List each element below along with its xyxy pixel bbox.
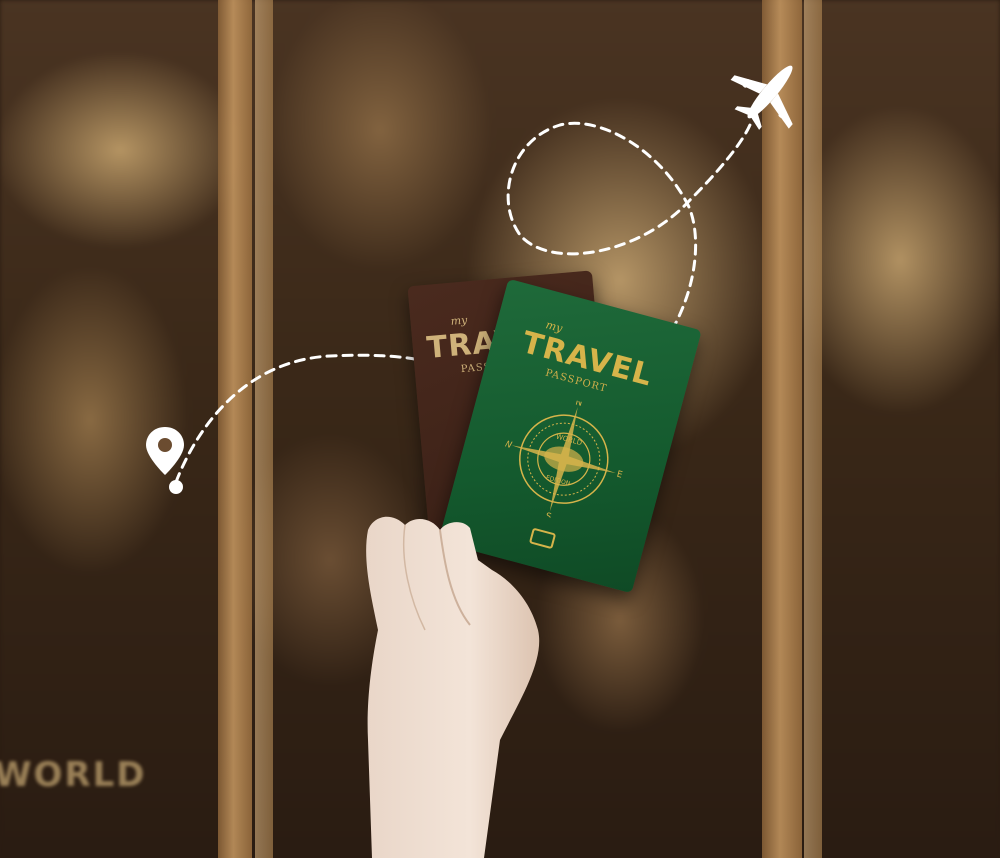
photo-scene: WORLD my TRAVEL PASSPORT my TRAVEL PASSP… (0, 0, 1000, 858)
hand (0, 0, 1000, 858)
